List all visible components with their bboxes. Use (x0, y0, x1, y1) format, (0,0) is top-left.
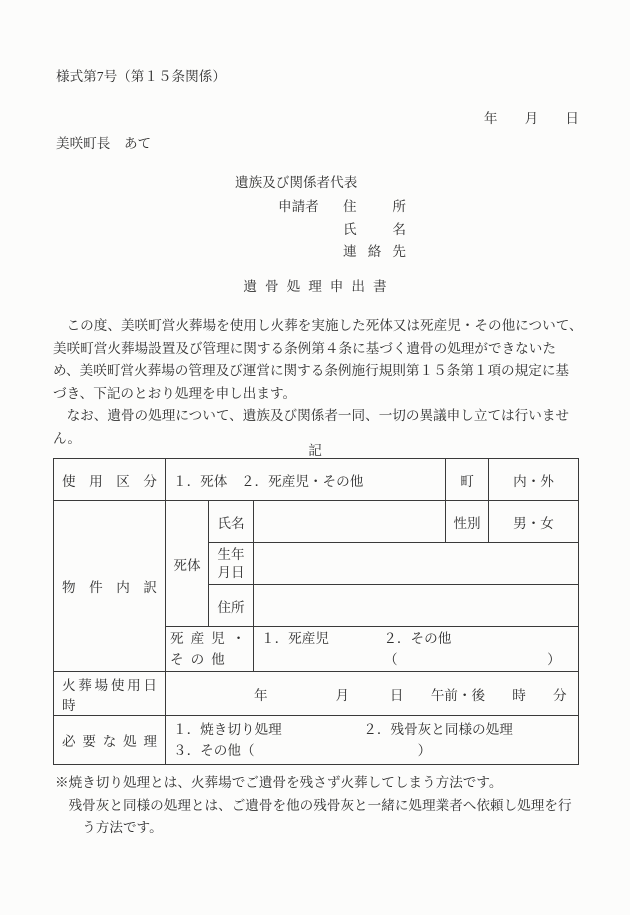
details-label: 物件内訳 (54, 501, 166, 672)
footnote-line: う方法です。 (55, 817, 572, 840)
treatment-label: 必要な処理 (54, 716, 166, 765)
footnote-line: 残骨灰と同様の処理とは、ご遺骨を他の残骨灰と一緒に処理業者へ依頼し処理を行 (55, 795, 572, 818)
contact-label: 連絡先 (343, 240, 406, 260)
stillborn-label: 死産児・ その他 (166, 627, 254, 672)
applicant-label: 申請者 (278, 195, 343, 215)
usage-label: 使用区分 (54, 459, 166, 501)
representative-line: 遺族及び関係者代表 (235, 172, 357, 195)
gender-value: 男・女 (489, 501, 579, 543)
stillborn-value: １．死産児 ２．その他 （ ） (254, 627, 579, 672)
application-table: 使用区分 １．死体 ２．死産児・その他 町 内・外 物件内訳 死体 氏名 性別 … (53, 458, 579, 765)
stillborn-paren-line: （ ） (261, 649, 578, 671)
applicant-name-row: 氏名 (278, 218, 406, 238)
gender-label: 性別 (446, 501, 489, 543)
birth-field-blank (254, 543, 579, 585)
footnote-line: ※焼き切り処理とは、火葬場でご遺骨を残さず火葬してしまう方法です。 (55, 772, 572, 795)
name-label: 氏名 (343, 218, 406, 238)
address-field-blank (254, 585, 579, 627)
treatment-option-line2: ３．その他（ ） (173, 740, 578, 762)
town-label: 町 (446, 459, 489, 501)
body-line: 美咲町営火葬場設置及び管理に関する条例第４条に基づく遺骨の処理ができないた (53, 338, 583, 361)
address-label: 住所 (343, 195, 406, 215)
stillborn-option-line: １．死産児 ２．その他 (261, 628, 578, 650)
datetime-label: 火葬場使用日時 (54, 672, 166, 716)
body-line: なお、遺骨の処理について、遺族及び関係者一同、一切の異議申し立ては行いませ (53, 405, 583, 428)
footnotes: ※焼き切り処理とは、火葬場でご遺骨を残さず火葬してしまう方法です。 残骨灰と同様… (55, 772, 572, 840)
town-value: 内・外 (489, 459, 579, 501)
applicant-address-row: 申請者住所 (278, 195, 406, 215)
usage-value: １．死体 ２．死産児・その他 (166, 459, 446, 501)
corpse-name-row: 物件内訳 死体 氏名 性別 男・女 (54, 501, 579, 543)
body-text: この度、美咲町営火葬場を使用し火葬を実施した死体又は死産児・その他について、 美… (53, 315, 583, 451)
address-field-label: 住所 (209, 585, 254, 627)
datetime-row: 火葬場使用日時 年 月 日 午前・後 時 分 (54, 672, 579, 716)
body-line: め、美咲町営火葬場の管理及び運営に関する条例施行規則第１５条第１項の規定に基 (53, 360, 583, 383)
treatment-value: １．焼き切り処理 ２．残骨灰と同様の処理 ３．その他（ ） (166, 716, 579, 765)
birth-field-label: 生年 月日 (209, 543, 254, 585)
body-line: この度、美咲町営火葬場を使用し火葬を実施した死体又は死産児・その他について、 (53, 315, 583, 338)
treatment-row: 必要な処理 １．焼き切り処理 ２．残骨灰と同様の処理 ３．その他（ ） (54, 716, 579, 765)
name-field-blank (254, 501, 446, 543)
addressee: 美咲町長 あて (56, 133, 151, 156)
document-title: 遺骨処理申出書 (0, 276, 630, 299)
applicant-contact-row: 連絡先 (278, 240, 406, 260)
corpse-label: 死体 (166, 501, 209, 627)
datetime-value: 年 月 日 午前・後 時 分 (166, 672, 579, 716)
form-number: 様式第7号（第１５条関係） (56, 66, 226, 89)
body-line: づき、下記のとおり処理を申し出ます。 (53, 383, 583, 406)
treatment-option-line1: １．焼き切り処理 ２．残骨灰と同様の処理 (173, 719, 578, 741)
name-field-label: 氏名 (209, 501, 254, 543)
usage-row: 使用区分 １．死体 ２．死産児・その他 町 内・外 (54, 459, 579, 501)
date-line: 年 月 日 (484, 108, 579, 131)
document-page: { "header": { "form_number": "様式第7号（第１５条… (0, 0, 630, 915)
